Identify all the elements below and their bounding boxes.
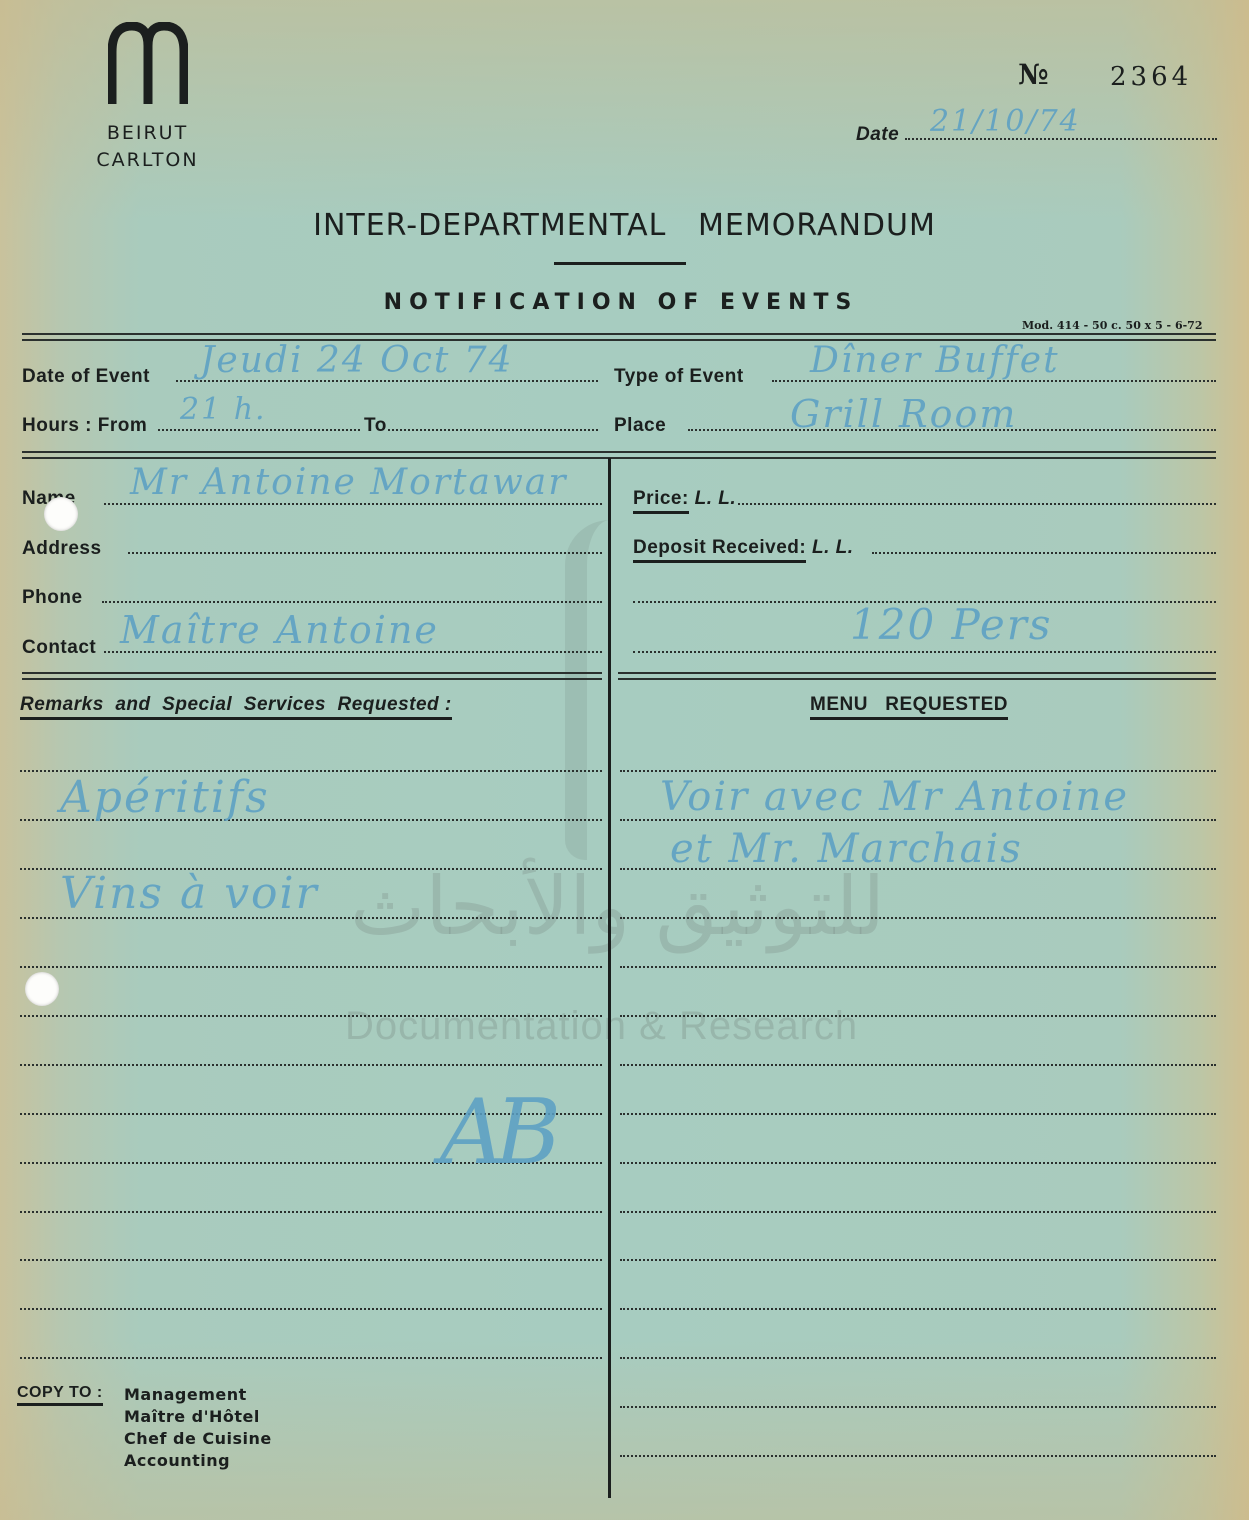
place-value: Grill Room [790, 392, 1017, 436]
deposit-currency: L. L. [812, 537, 854, 558]
date-value: 21/10/74 [930, 104, 1081, 139]
menu-line-12[interactable] [620, 1308, 1216, 1310]
type-of-event-value: Dîner Buffet [810, 340, 1060, 381]
menu-line-6[interactable] [620, 1015, 1216, 1017]
date-of-event-value: Jeudi 24 Oct 74 [200, 340, 514, 381]
deposit-field[interactable] [872, 552, 1216, 554]
double-rule-left [22, 672, 602, 680]
name-field[interactable] [104, 503, 602, 505]
price-label-text: Price: [633, 488, 689, 514]
signature: AB [440, 1080, 551, 1185]
contact-value: Maître Antoine [120, 608, 439, 652]
remarks-heading: Remarks and Special Services Requested : [20, 694, 452, 716]
remarks-line-6[interactable] [20, 1015, 602, 1017]
contact-label: Contact [22, 637, 96, 659]
watermark-arabic: للتوثيق والأبحاث [350, 860, 885, 953]
remarks-line-10[interactable] [20, 1211, 602, 1213]
column-divider [608, 458, 611, 1498]
deposit-label: Deposit Received: L. L. [633, 537, 854, 559]
title-rule [554, 262, 686, 265]
copy-to-list: Management Maître d'Hôtel Chef de Cuisin… [124, 1384, 272, 1472]
menu-line-5[interactable] [620, 966, 1216, 968]
form-code: Mod. 414 - 50 c. 50 x 5 - 6-72 [1022, 319, 1202, 332]
copy-to-label-text: COPY TO : [17, 1384, 103, 1406]
remarks-heading-text: Remarks and Special Services Requested : [20, 694, 452, 720]
remarks-line-12[interactable] [20, 1308, 602, 1310]
remarks-value-1: Apéritifs [60, 772, 270, 823]
copy-to-item: Management [124, 1384, 272, 1406]
brand-name: BEIRUT CARLTON [70, 120, 225, 174]
hours-from-field[interactable] [158, 429, 360, 431]
menu-heading: MENU REQUESTED [810, 694, 1008, 716]
copy-to-item: Accounting [124, 1450, 272, 1472]
extra-field-2[interactable] [633, 651, 1216, 653]
name-value: Mr Antoine Mortawar [130, 462, 567, 503]
remarks-line-5[interactable] [20, 966, 602, 968]
address-field[interactable] [128, 552, 602, 554]
guests-value: 120 Pers [850, 600, 1052, 649]
page-subtitle: NOTIFICATION OF EVENTS [0, 290, 1242, 315]
price-label: Price: L. L. [633, 488, 736, 510]
menu-line-13[interactable] [620, 1357, 1216, 1359]
remarks-line-13[interactable] [20, 1357, 602, 1359]
menu-line-7[interactable] [620, 1064, 1216, 1066]
memo-number: 2364 [1110, 62, 1192, 92]
menu-heading-text: MENU REQUESTED [810, 694, 1008, 720]
brand-line-2: CARLTON [70, 147, 225, 174]
double-rule-right [618, 672, 1216, 680]
menu-line-9[interactable] [620, 1162, 1216, 1164]
watermark-english: Documentation & Research [345, 1004, 858, 1049]
menu-line-4[interactable] [620, 917, 1216, 919]
remarks-line-7[interactable] [20, 1064, 602, 1066]
hours-to-label: To [364, 415, 387, 437]
phone-label: Phone [22, 587, 83, 609]
carlton-logo-icon [108, 22, 188, 104]
address-label: Address [22, 538, 102, 560]
place-label: Place [614, 415, 666, 437]
menu-line-14[interactable] [620, 1406, 1216, 1408]
hours-from-value: 21 h. [180, 392, 267, 427]
date-of-event-label: Date of Event [22, 366, 150, 388]
punch-hole-bottom [25, 972, 59, 1006]
number-label: № [1018, 58, 1048, 91]
menu-value-1: Voir avec Mr Antoine [660, 774, 1129, 820]
price-field[interactable] [738, 503, 1216, 505]
copy-to-label: COPY TO : [17, 1384, 103, 1402]
deposit-label-text: Deposit Received: [633, 537, 806, 563]
brand-line-1: BEIRUT [70, 120, 225, 147]
price-currency: L. L. [695, 488, 737, 509]
page-title: INTER-DEPARTMENTAL MEMORANDUM [0, 208, 1249, 243]
menu-line-1[interactable] [620, 770, 1216, 772]
double-rule-mid [22, 451, 1216, 459]
remarks-line-11[interactable] [20, 1259, 602, 1261]
type-of-event-label: Type of Event [614, 366, 744, 388]
menu-line-10[interactable] [620, 1211, 1216, 1213]
copy-to-item: Chef de Cuisine [124, 1428, 272, 1450]
menu-line-8[interactable] [620, 1113, 1216, 1115]
date-label: Date [856, 124, 899, 146]
punch-hole-top [44, 497, 78, 531]
menu-line-11[interactable] [620, 1259, 1216, 1261]
phone-field[interactable] [102, 601, 602, 603]
menu-line-15[interactable] [620, 1455, 1216, 1457]
hours-to-field[interactable] [388, 429, 598, 431]
menu-value-2: et Mr. Marchais [670, 826, 1023, 872]
remarks-value-2: Vins à voir [60, 868, 319, 919]
copy-to-item: Maître d'Hôtel [124, 1406, 272, 1428]
hours-from-label: Hours : From [22, 415, 147, 437]
